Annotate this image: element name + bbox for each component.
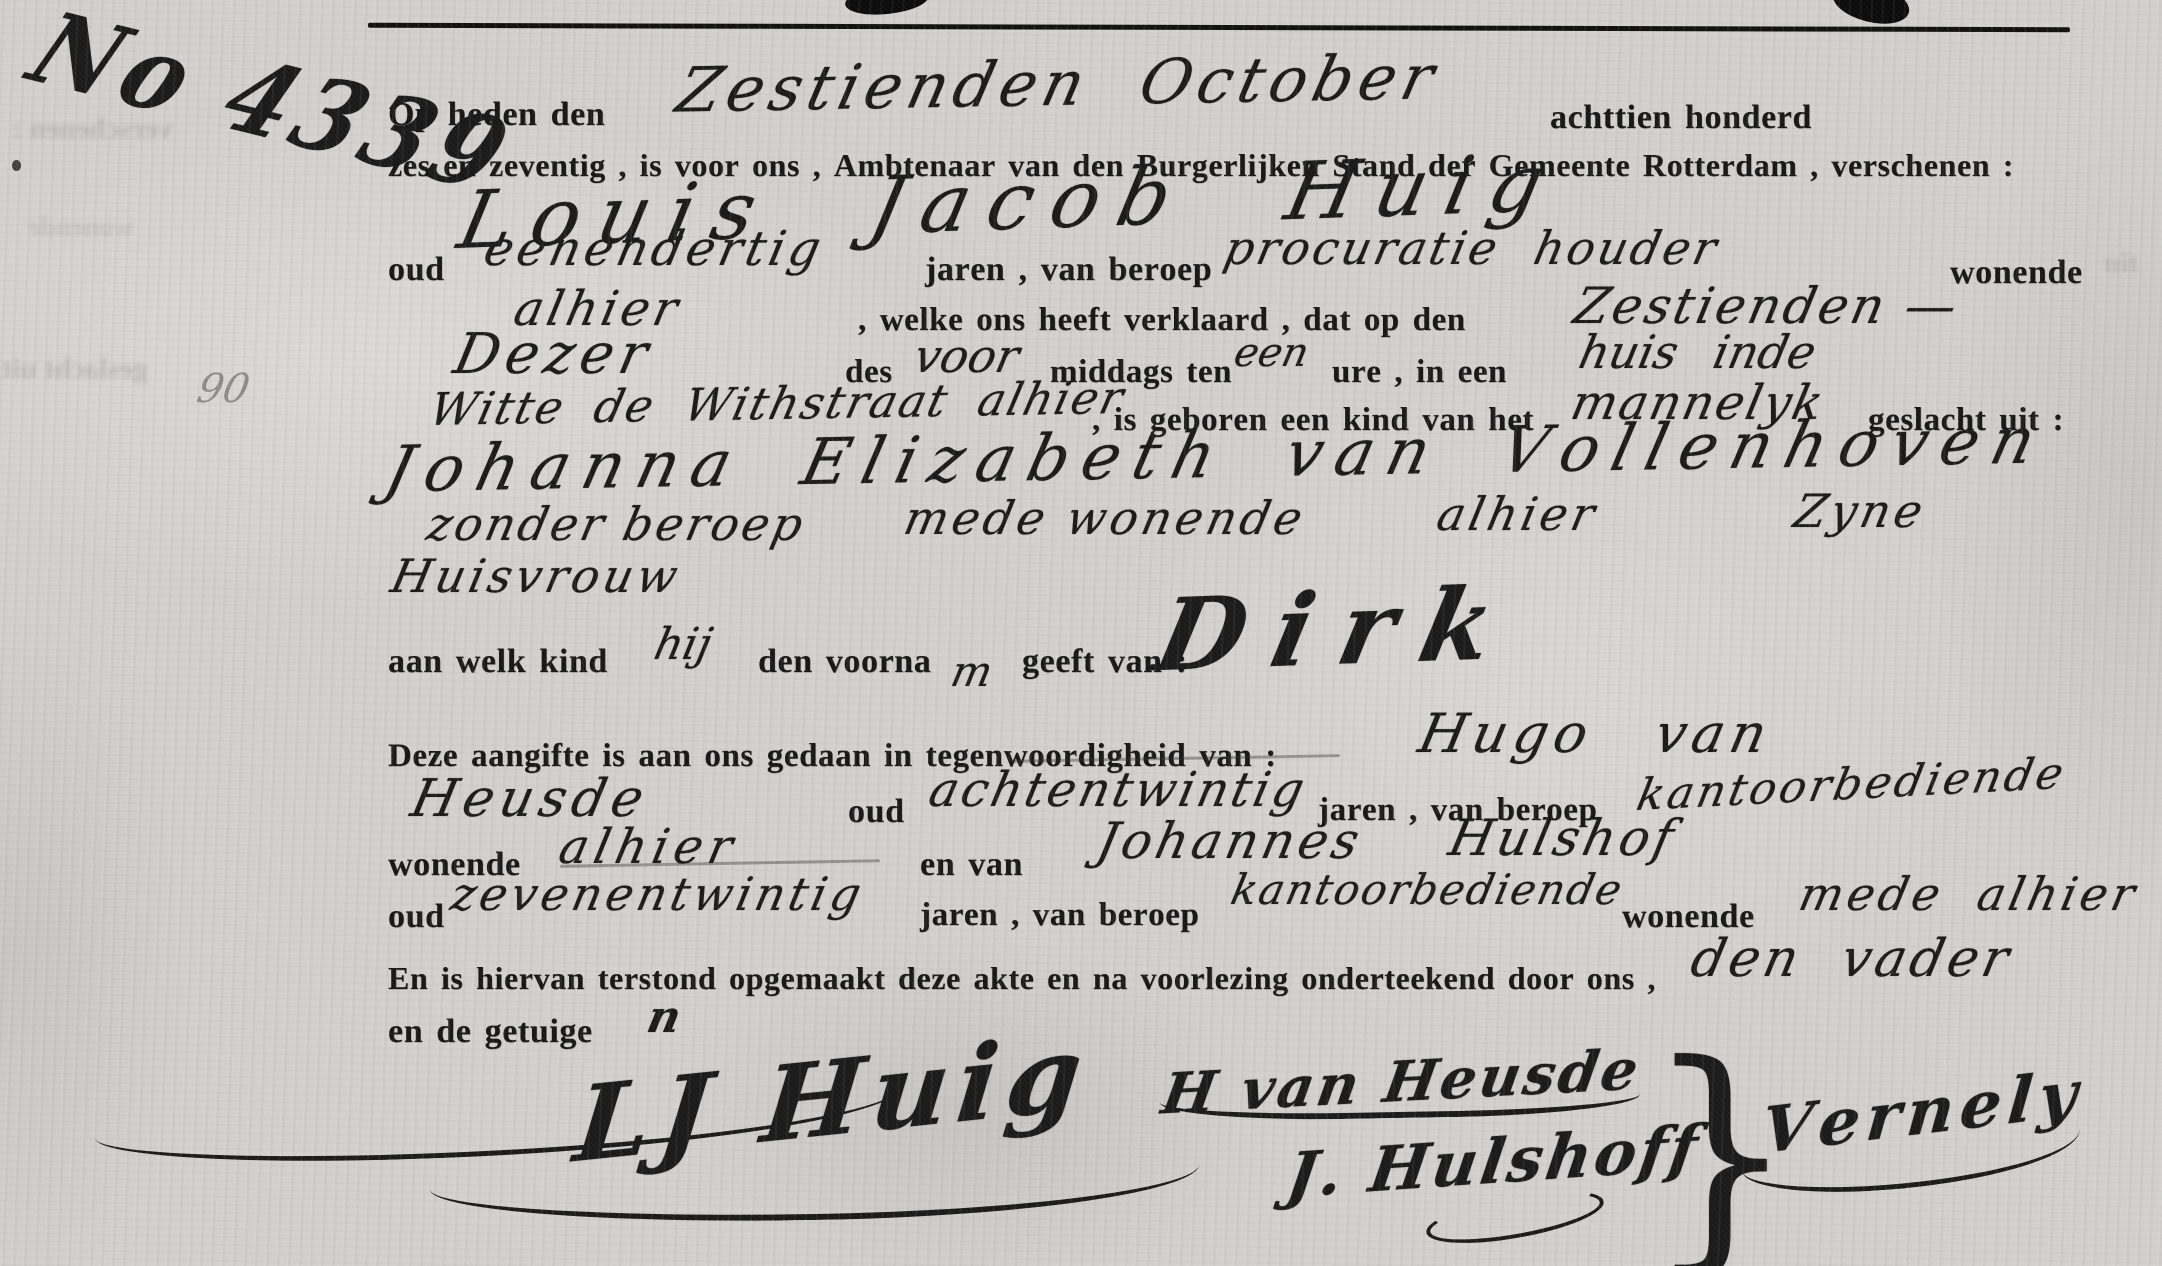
printed-jaren-van-beroep: jaren , van beroep: [925, 250, 1212, 289]
printed-oud-w2: oud: [388, 897, 445, 936]
birth-hour: een: [1230, 330, 1313, 376]
hw-m: m: [947, 648, 997, 696]
witness2-last-name: Hulshof: [1444, 810, 1683, 868]
handwritten-date: Zestienden October: [670, 41, 1447, 125]
printed-en-de-getuige: en de getuige: [388, 1012, 593, 1051]
printed-en-van: en van: [920, 845, 1023, 884]
printed-oud: oud: [388, 250, 445, 289]
ghost-text: wonende: [28, 212, 134, 244]
signature-flourish: [430, 1151, 1201, 1226]
witness2-age: zevenentwintig: [446, 868, 869, 921]
huis-inde: huis inde: [1574, 326, 1820, 379]
printed-den-voornaam: den voorna: [758, 642, 931, 681]
mother-mede-wonende: mede wonende: [899, 492, 1311, 545]
top-rule: [368, 23, 2070, 32]
mother-occupation: zonder beroep: [422, 498, 810, 551]
mother-huisvrouw: Huisvrouw: [386, 550, 686, 603]
ghost-text: geslacht uit: [2, 352, 148, 387]
printed-aan-welk-kind: aan welk kind: [388, 642, 608, 681]
witness1-first-name: Hugo van: [1413, 703, 1778, 765]
printed-ure-in-een: ure , in een: [1332, 354, 1507, 392]
printed-achttien-honderd: achttien honderd: [1550, 98, 1812, 137]
witness2-residence: mede alhier: [1794, 868, 2143, 921]
declarant-occupation: procuratie houder: [1219, 222, 1724, 275]
child-name: Dirk: [1146, 566, 1532, 693]
printed-closing-line: En is hiervan terstond opgemaakt deze ak…: [388, 960, 1656, 997]
printed-oud-w1: oud: [848, 792, 905, 831]
ink-blot-top-left: [844, 0, 930, 18]
witness2-occupation: kantoorbediende: [1227, 866, 1628, 914]
birth-certificate-scan: verschenen : wonende geslacht uit uit No…: [0, 0, 2162, 1266]
printed-jaren-beroep-w2: jaren , van beroep: [920, 897, 1199, 935]
printed-wonende: wonende: [1950, 253, 2083, 292]
birth-month-dezer: Dezer: [448, 323, 659, 387]
witness2-signature: J. Hulshoff: [1282, 1112, 1705, 1212]
witness1-age: achtentwintig: [924, 763, 1312, 818]
ink-dot-left-margin: [12, 160, 21, 171]
mother-residence: alhier: [1432, 488, 1603, 541]
witness2-first-name: Johannes: [1092, 813, 1368, 871]
declarant-age: eenendertig: [479, 222, 829, 277]
ghost-text: uit: [2104, 246, 2139, 281]
hw-getuige-n: n: [643, 993, 686, 1044]
margin-house-number: 90: [193, 366, 254, 412]
mother-zijne: Zyne: [1789, 485, 1931, 538]
printed-op-heden-den: Op heden den: [388, 95, 605, 134]
hw-den-vader: den vader: [1686, 930, 2018, 990]
hw-hij: hij: [650, 620, 717, 671]
